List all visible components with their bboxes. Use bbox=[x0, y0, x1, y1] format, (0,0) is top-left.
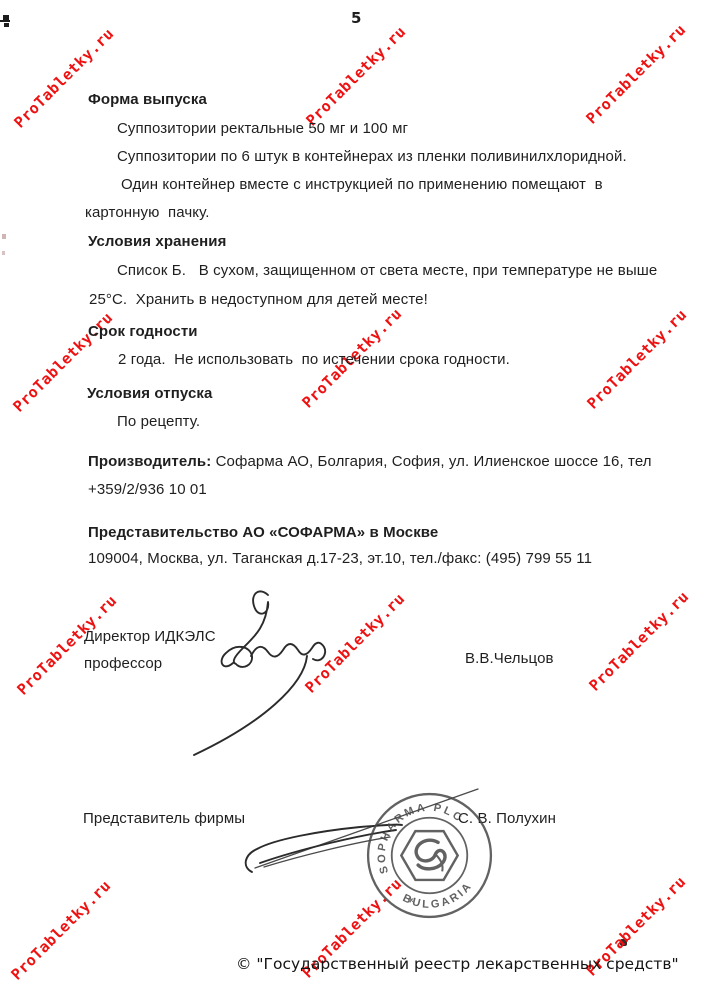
watermark: ProTabletky.ru bbox=[582, 20, 689, 127]
manufacturer-label: Производитель: bbox=[88, 453, 211, 470]
section-heading: Условия хранения bbox=[88, 234, 226, 250]
watermark: ProTabletky.ru bbox=[7, 876, 114, 983]
text-line: Один контейнер вместе с инструкцией по п… bbox=[121, 177, 603, 193]
director-name: В.В.Чельцов bbox=[465, 651, 554, 667]
rep-office-heading: Представительство АО «СОФАРМА» в Москве bbox=[88, 525, 438, 541]
manufacturer-text: Софарма АО, Болгария, София, ул. Илиенск… bbox=[211, 453, 651, 470]
scan-artifact bbox=[0, 20, 10, 22]
section-heading: Условия отпуска bbox=[87, 386, 212, 402]
text-line: 2 года. Не использовать по истечении сро… bbox=[118, 352, 510, 368]
watermark: ProTabletky.ru bbox=[10, 24, 117, 131]
manufacturer-phone: +359/2/936 10 01 bbox=[88, 482, 207, 498]
text-line: 25°С. Хранить в недоступном для детей ме… bbox=[89, 292, 428, 308]
page-number: 5 bbox=[351, 9, 361, 27]
stamp-inner-ring bbox=[392, 818, 468, 894]
text-line: По рецепту. bbox=[117, 414, 200, 430]
text-line: Суппозитории ректальные 50 мг и 100 мг bbox=[117, 121, 408, 137]
text-line: Суппозитории по 6 штук в контейнерах из … bbox=[117, 149, 627, 165]
manufacturer-line: Производитель: Софарма АО, Болгария, Соф… bbox=[88, 454, 652, 470]
scan-artifact bbox=[4, 23, 9, 27]
watermark: ProTabletky.ru bbox=[583, 305, 690, 412]
scanned-document-page: 5 ProTabletky.ru ProTabletky.ru ProTable… bbox=[0, 0, 715, 1000]
stamp-top-text: SOPHARMA PLC bbox=[366, 794, 474, 875]
rep-office-address: 109004, Москва, ул. Таганская д.17-23, э… bbox=[88, 551, 592, 567]
scan-artifact bbox=[2, 234, 6, 239]
section-heading: Форма выпуска bbox=[88, 92, 207, 108]
watermark: ProTabletky.ru bbox=[13, 591, 120, 698]
text-line: Список Б. В сухом, защищенном от света м… bbox=[117, 263, 657, 279]
director-signature bbox=[180, 585, 360, 765]
svg-text:SOPHARMA PLC: SOPHARMA PLC bbox=[366, 794, 474, 875]
footer-copyright: © "Государственный реестр лекарственных … bbox=[236, 955, 679, 973]
director-rank: профессор bbox=[84, 656, 162, 672]
scan-artifact bbox=[620, 939, 627, 946]
watermark: ProTabletky.ru bbox=[585, 587, 692, 694]
firm-rep-label: Представитель фирмы bbox=[83, 811, 245, 827]
watermark: ProTabletky.ru bbox=[302, 22, 409, 129]
section-heading: Срок годности bbox=[88, 324, 198, 340]
text-line: картонную пачку. bbox=[85, 205, 210, 221]
company-stamp: SOPHARMA PLC BULGARIA * bbox=[357, 783, 502, 928]
scan-artifact bbox=[2, 251, 5, 255]
stamp-hexagon bbox=[397, 824, 462, 888]
